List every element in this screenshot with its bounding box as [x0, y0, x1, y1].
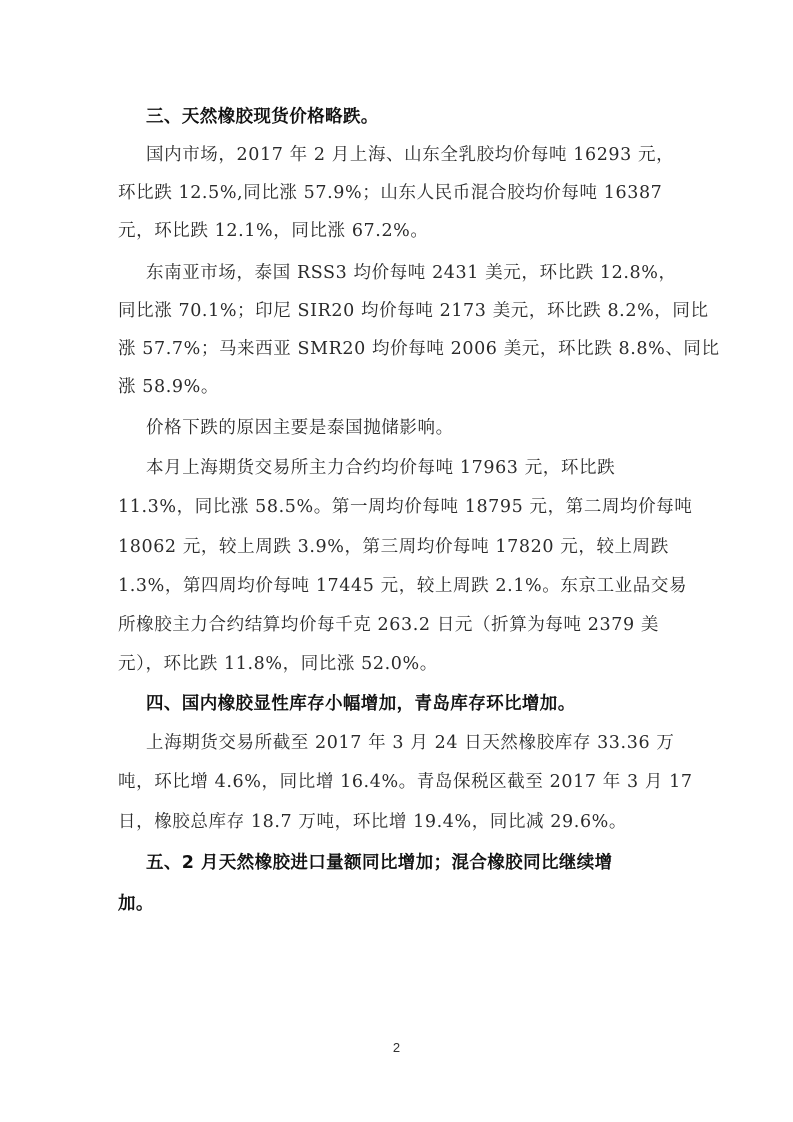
paragraph-futures-line-5: 所橡胶主力合约结算均价每千克 263.2 日元（折算为每吨 2379 美: [118, 614, 678, 636]
section-heading-4: 四、国内橡胶显性库存小幅增加，青岛库存环比增加。: [146, 693, 706, 715]
paragraph-inventory-line-2: 吨，环比增 4.6%，同比增 16.4%。青岛保税区截至 2017 年 3 月 …: [118, 771, 678, 793]
page-number: 2: [0, 1040, 793, 1055]
paragraph-sea-line-2: 同比涨 70.1%；印尼 SIR20 均价每吨 2173 美元，环比跌 8.2%…: [118, 300, 678, 322]
paragraph-reason-line-1: 价格下跌的原因主要是泰国抛储影响。: [146, 417, 706, 439]
paragraph-domestic-line-1: 国内市场，2017 年 2 月上海、山东全乳胶均价每吨 16293 元，: [146, 144, 706, 166]
paragraph-domestic-line-3: 元，环比跌 12.1%，同比涨 67.2%。: [118, 220, 678, 242]
paragraph-futures-line-4: 1.3%，第四周均价每吨 17445 元，较上周跌 2.1%。东京工业品交易: [118, 575, 678, 597]
paragraph-domestic-line-2: 环比跌 12.5%,同比涨 57.9%；山东人民币混合胶均价每吨 16387: [118, 182, 678, 204]
paragraph-inventory-line-3: 日，橡胶总库存 18.7 万吨，环比增 19.4%，同比减 29.6%。: [118, 811, 678, 833]
paragraph-futures-line-6: 元），环比跌 11.8%，同比涨 52.0%。: [118, 653, 678, 675]
paragraph-futures-line-3: 18062 元，较上周跌 3.9%，第三周均价每吨 17820 元，较上周跌: [118, 536, 678, 558]
document-page: 三、天然橡胶现货价格略跌。 国内市场，2017 年 2 月上海、山东全乳胶均价每…: [0, 0, 793, 1122]
section-heading-3: 三、天然橡胶现货价格略跌。: [146, 106, 706, 128]
paragraph-futures-line-2: 11.3%，同比涨 58.5%。第一周均价每吨 18795 元，第二周均价每吨: [118, 496, 678, 518]
section-heading-5-line-1: 五、2 月天然橡胶进口量额同比增加；混合橡胶同比继续增: [146, 852, 706, 874]
paragraph-futures-line-1: 本月上海期货交易所主力合约均价每吨 17963 元，环比跌: [146, 457, 706, 479]
paragraph-inventory-line-1: 上海期货交易所截至 2017 年 3 月 24 日天然橡胶库存 33.36 万: [146, 732, 706, 754]
paragraph-sea-line-4: 涨 58.9%。: [118, 376, 678, 398]
paragraph-sea-line-3: 涨 57.7%；马来西亚 SMR20 均价每吨 2006 美元，环比跌 8.8%…: [118, 338, 678, 360]
section-heading-5-line-2: 加。: [118, 893, 678, 915]
paragraph-sea-line-1: 东南亚市场，泰国 RSS3 均价每吨 2431 美元，环比跌 12.8%，: [146, 262, 706, 284]
